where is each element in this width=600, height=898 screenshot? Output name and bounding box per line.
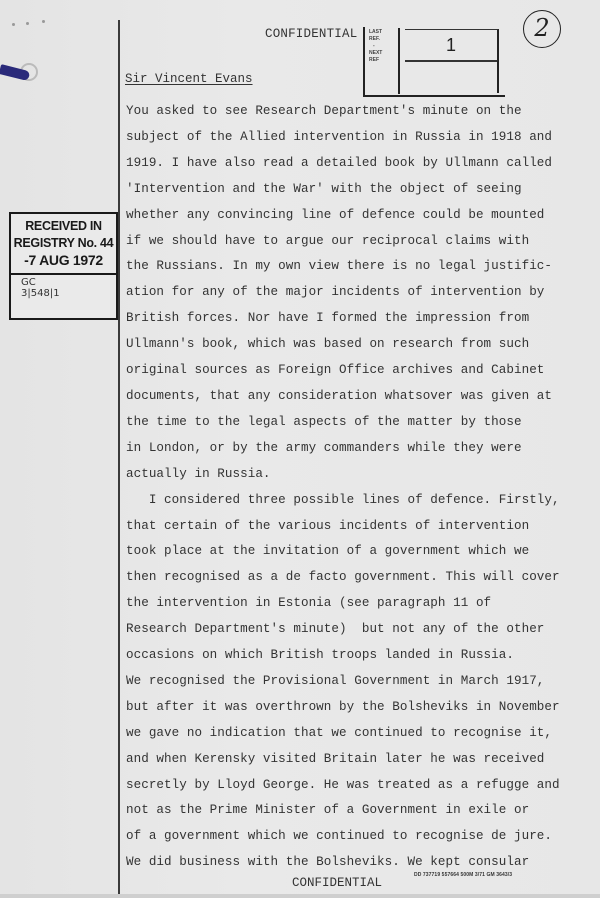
memo-line: whether any convincing line of defence c… [126,203,596,229]
registry-stamp: RECEIVED IN REGISTRY No. 44 -7 AUG 1972 … [9,212,118,320]
ref-label: REF. [369,36,382,43]
memo-line: then recognised as a de facto government… [126,565,596,591]
memo-line: original sources as Foreign Office archi… [126,358,596,384]
stamp-date: -7 AUG 1972 [11,252,116,269]
paper-specks [10,22,50,26]
memo-line: if we should have to argue our reciproca… [126,229,596,255]
stamp-handwritten-code: GC 3|548|1 [11,275,116,299]
last-label: LAST [369,29,382,36]
memo-line: 'Intervention and the War' with the obje… [126,177,596,203]
memo-line: I considered three possible lines of def… [126,488,596,514]
footer-classification: CONFIDENTIAL [292,876,382,890]
memo-line: in London, or by the army commanders whi… [126,436,596,462]
reference-box: LAST REF. - NEXT REF 1 [363,27,505,97]
reference-labels: LAST REF. - NEXT REF [369,29,382,64]
memo-line: not as the Prime Minister of a Governmen… [126,798,596,824]
memo-line: We recognised the Provisional Government… [126,669,596,695]
memo-line: ation for any of the major incidents of … [126,280,596,306]
memo-line: but after it was overthrown by the Bolsh… [126,695,596,721]
memo-line: actually in Russia. [126,462,596,488]
memo-line: subject of the Allied intervention in Ru… [126,125,596,151]
page-bottom-edge [0,894,600,898]
reference-divider [398,28,400,94]
last-ref-value: 1 [405,29,499,62]
memo-line: and when Kerensky visited Britain later … [126,747,596,773]
memo-line: occasions on which British troops landed… [126,643,596,669]
memo-line: You asked to see Research Department's m… [126,99,596,125]
memo-line: the Russians. In my own view there is no… [126,254,596,280]
memo-line: the intervention in Estonia (see paragra… [126,591,596,617]
header-classification: CONFIDENTIAL [265,27,357,41]
memo-line: British forces. Nor have I formed the im… [126,306,596,332]
memo-line: documents, that any consideration whatso… [126,384,596,410]
next-ref-value [405,61,499,93]
document-page: CONFIDENTIAL LAST REF. - NEXT REF 1 2 RE… [0,0,600,898]
page-number: 2 [523,10,561,48]
margin-rule [118,20,120,898]
separator-label: - [369,43,382,50]
ref-label-2: REF [369,57,382,64]
handwritten-file-number: 3|548|1 [21,288,116,299]
memo-line: took place at the invitation of a govern… [126,539,596,565]
memo-line: We did business with the Bolsheviks. We … [126,850,596,876]
addressee: Sir Vincent Evans [125,72,253,86]
memo-line: secretly by Lloyd George. He was treated… [126,773,596,799]
memo-line: that certain of the various incidents of… [126,514,596,540]
stamp-received-in: RECEIVED IN [11,218,116,235]
memo-line: of a government which we continued to re… [126,824,596,850]
memo-line: 1919. I have also read a detailed book b… [126,151,596,177]
memo-line: Ullmann's book, which was based on resea… [126,332,596,358]
memo-line: the time to the legal aspects of the mat… [126,410,596,436]
memo-body: You asked to see Research Department's m… [126,99,596,876]
next-label: NEXT [369,50,382,57]
print-code: DD 737719 557664 500M 3/71 GM 3643/3 [414,872,512,878]
handwritten-gc: GC [21,277,116,288]
memo-line: we gave no indication that we continued … [126,721,596,747]
stamp-registry-number: REGISTRY No. 44 [11,235,116,252]
memo-line: Research Department's minute) but not an… [126,617,596,643]
